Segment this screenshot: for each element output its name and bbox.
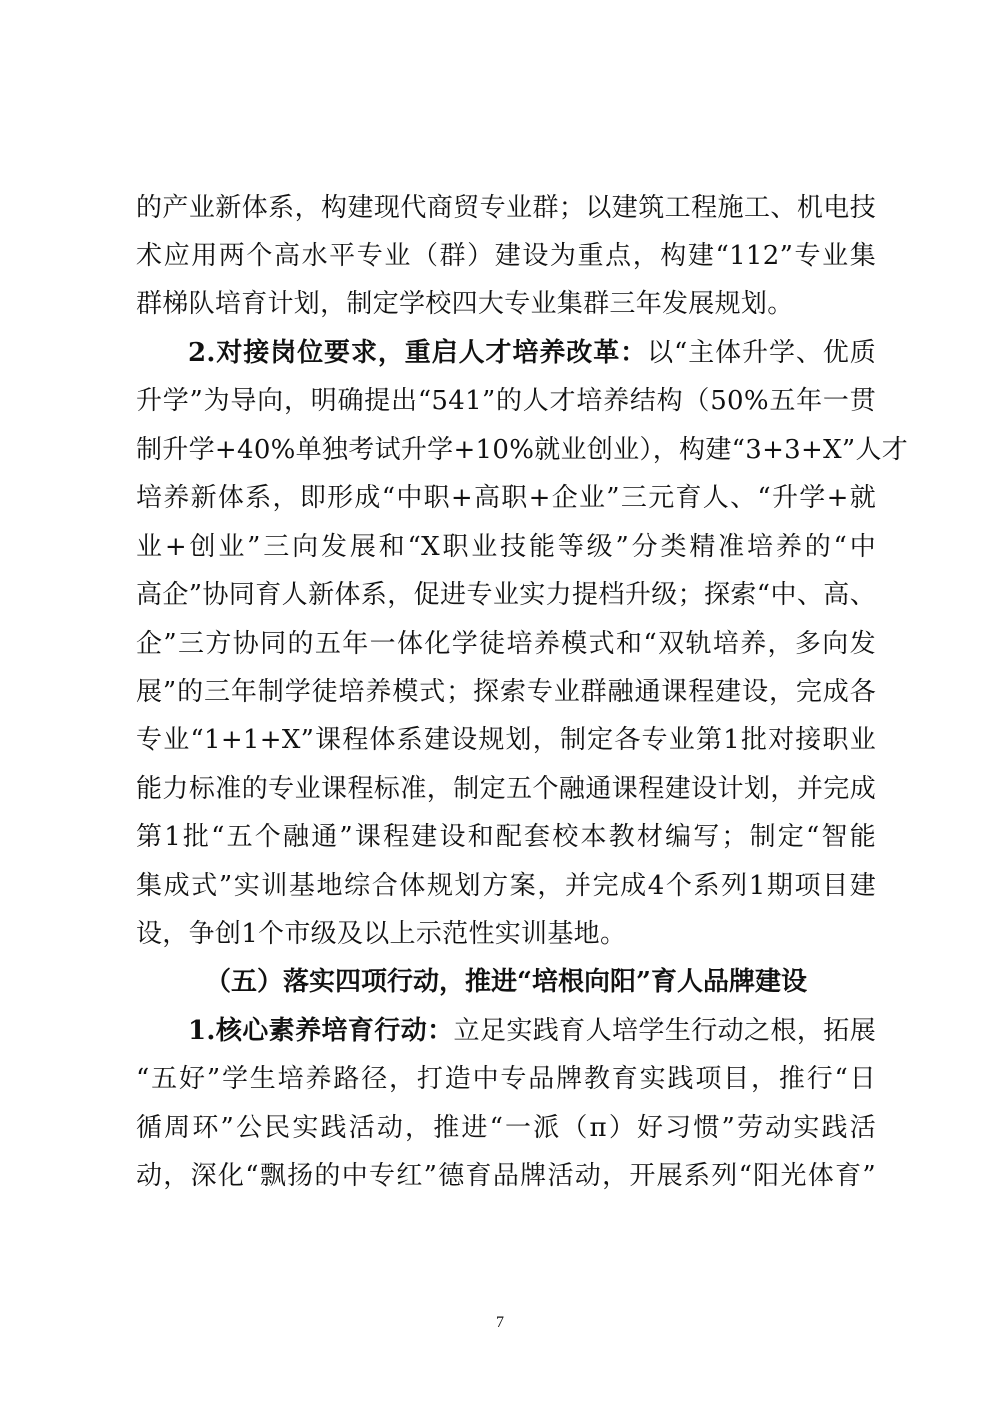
paragraph-first-line: 2.对接岗位要求，重启人才培养改革：以“主体升学、优质 [188, 338, 876, 368]
body-text-line: 高企”协同育人新体系，促进专业实力提档升级；探索“中、高、 [136, 580, 876, 610]
body-text: 以“主体升学、优质 [647, 338, 876, 368]
body-text-line: “五好”学生培养路径，打造中专品牌教育实践项目，推行“日 [136, 1064, 876, 1094]
document-page: 的产业新体系，构建现代商贸专业群；以建筑工程施工、机电技 术应用两个高水平专业（… [0, 0, 1000, 1415]
body-text-line: 的产业新体系，构建现代商贸专业群；以建筑工程施工、机电技 [136, 193, 876, 223]
paragraph-lead-heading: 2.对接岗位要求，重启人才培养改革： [188, 338, 647, 368]
body-text-line: 第1批“五个融通”课程建设和配套校本教材编写；制定“智能 [136, 822, 876, 852]
body-text-line: 专业“1+1+X”课程体系建设规划，制定各专业第1批对接职业 [136, 725, 876, 755]
body-text-line: 培养新体系，即形成“中职+高职+企业”三元育人、“升学+就 [136, 483, 876, 513]
body-text-line: 动，深化“飘扬的中专红”德育品牌活动，开展系列“阳光体育” [136, 1161, 876, 1191]
body-text-line: 术应用两个高水平专业（群）建设为重点，构建“112”专业集 [136, 241, 876, 271]
page-number: 7 [0, 1313, 1000, 1333]
body-text-line: 循周环”公民实践活动，推进“一派（π）好习惯”劳动实践活 [136, 1113, 876, 1143]
body-text-line: 能力标准的专业课程标准，制定五个融通课程建设计划，并完成 [136, 774, 876, 804]
body-text-line: 企”三方协同的五年一体化学徒培养模式和“双轨培养，多向发 [136, 629, 876, 659]
body-text-line: 设，争创1个市级及以上示范性实训基地。 [136, 919, 876, 949]
body-text-line: 制升学+40%单独考试升学+10%就业创业），构建“3+3+X”人才 [136, 435, 876, 465]
paragraph-lead-heading: 1.核心素养培育行动： [188, 1016, 454, 1046]
body-text-line: 展”的三年制学徒培养模式；探索专业群融通课程建设，完成各 [136, 677, 876, 707]
section-heading: （五）落实四项行动，推进“培根向阳”育人品牌建设 [136, 967, 876, 997]
body-text-line: 升学”为导向，明确提出“541”的人才培养结构（50%五年一贯 [136, 386, 876, 416]
body-text: 立足实践育人培学生行动之根，拓展 [454, 1016, 876, 1046]
body-text-line: 集成式”实训基地综合体规划方案，并完成4个系列1期项目建 [136, 871, 876, 901]
paragraph-first-line: 1.核心素养培育行动：立足实践育人培学生行动之根，拓展 [188, 1016, 876, 1046]
body-text-line: 业+创业”三向发展和“X职业技能等级”分类精准培养的“中 [136, 532, 876, 562]
body-text-line: 群梯队培育计划，制定学校四大专业集群三年发展规划。 [136, 289, 876, 319]
